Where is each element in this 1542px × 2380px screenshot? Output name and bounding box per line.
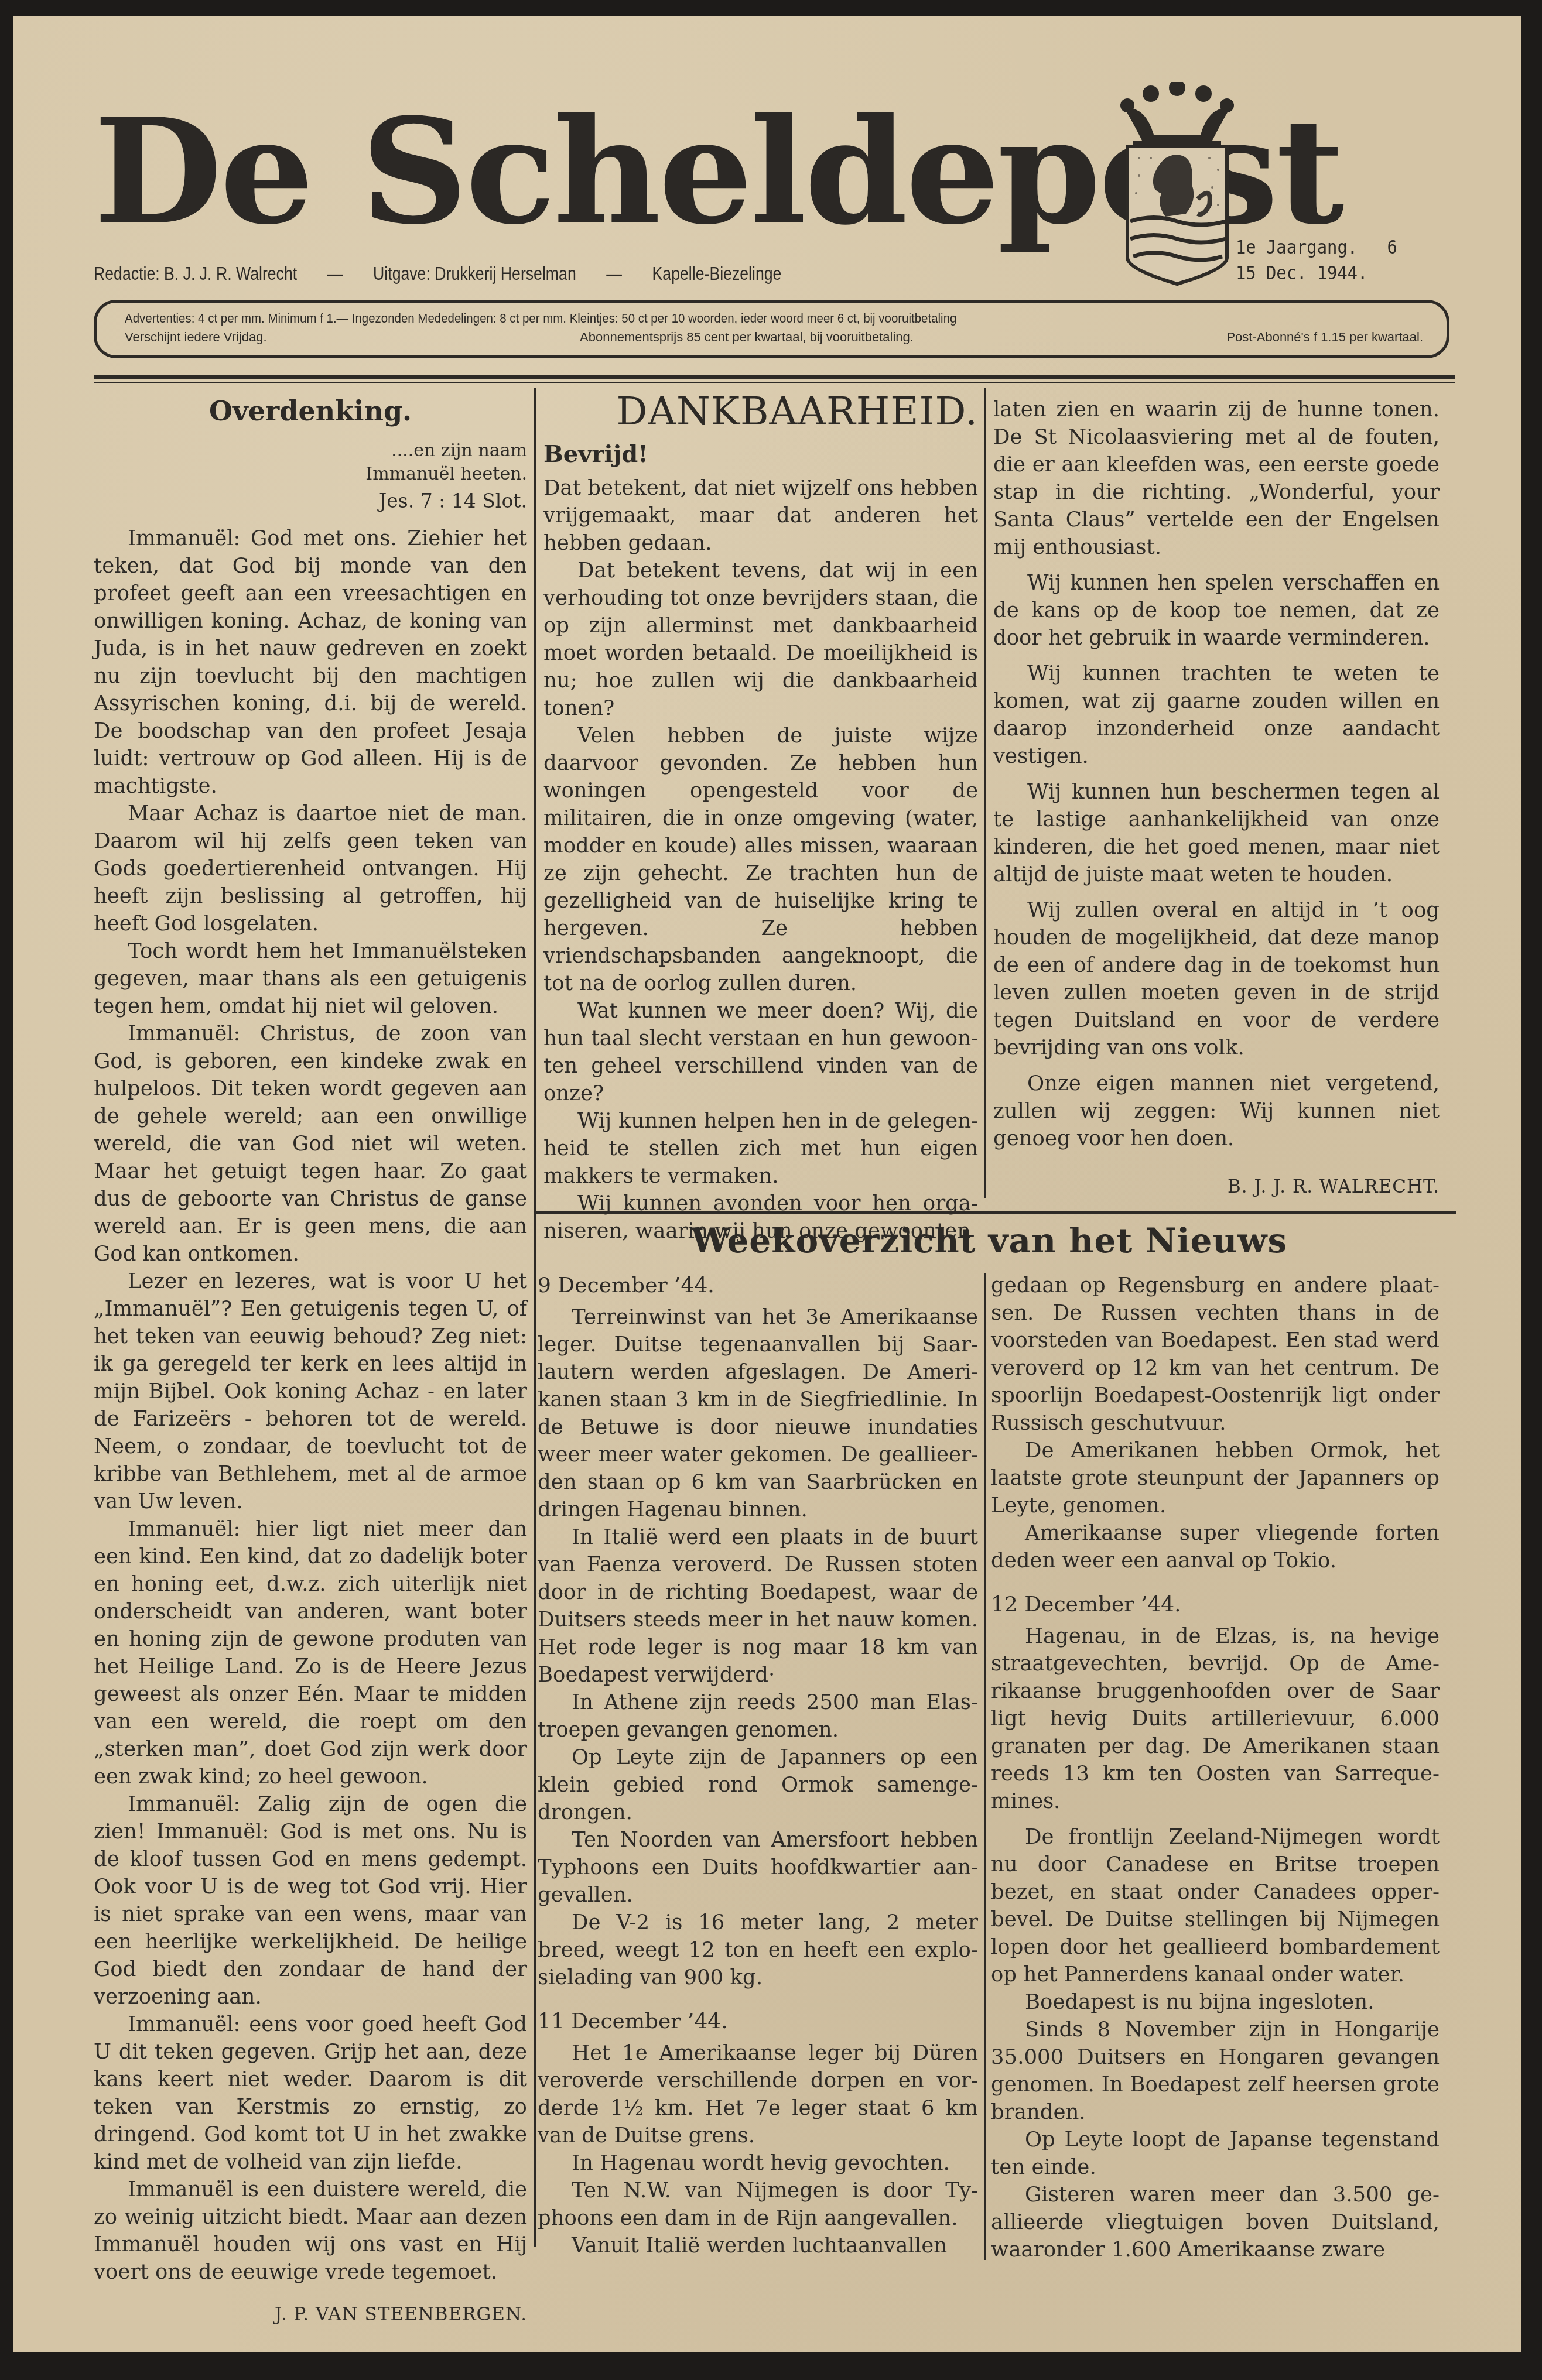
postal-subscription-price: Post-Abonné's f 1.15 per kwartaal. — [1226, 328, 1423, 346]
paragraph: Onze eigen mannen niet vergetend, zullen… — [993, 1070, 1440, 1152]
section-title: Weekoverzicht van het Nieuws — [691, 1221, 1287, 1261]
paragraph: Sinds 8 November zijn in Hongarije 35.00… — [991, 2016, 1440, 2126]
paragraph: De frontlijn Zeeland-Nijmegen wordt nu d… — [991, 1823, 1440, 1988]
paragraph: Wij kunnen trachten te weten te komen, w… — [993, 660, 1440, 770]
paragraph: Hagenau, in de Elzas, is, na hevige stra… — [991, 1622, 1440, 1815]
paragraph: Velen hebben de juiste wijze daarvoor ge… — [543, 722, 978, 997]
subscription-info-box: Advertenties: 4 ct per mm. Minimum f 1.—… — [94, 300, 1449, 358]
paragraph: De V-2 is 16 meter lang, 2 meter breed, … — [538, 1909, 978, 1991]
paragraph: Ten N.W. van Nijmegen is door Ty­phoons … — [538, 2177, 978, 2232]
paragraph: Immanuël: God met ons. Ziehier het teken… — [94, 525, 527, 800]
paragraph: Op Leyte zijn de Japanners op een klein … — [538, 1744, 978, 1826]
publication-frequency: Verschijnt iedere Vrijdag. — [125, 328, 267, 346]
paragraph: In Athene zijn reeds 2500 man Elas­troep… — [538, 1689, 978, 1744]
paragraph: De Amerikanen hebben Ormok, het laatste … — [991, 1437, 1440, 1519]
subscription-price: Abonnementsprijs 85 cent per kwartaal, b… — [580, 328, 914, 346]
plaats-text: Kapelle-Biezelinge — [652, 263, 782, 285]
scripture-reference: Jes. 7 : 14 Slot. — [94, 489, 527, 513]
header-divider — [94, 375, 1455, 379]
epigraph-line: Immanuël heeten. — [94, 463, 527, 486]
article-overdenking: Overdenking. ....en zijn naam Immanuël h… — [94, 393, 527, 2328]
separator: — — [606, 263, 622, 285]
paragraph: Immanuël: eens voor goed heeft God U dit… — [94, 2011, 527, 2176]
article-title: DANKBAARHEID. — [543, 390, 978, 433]
news-column-left: 9 December ’44. Terreinwinst van het 3e … — [538, 1269, 978, 2259]
paragraph: Wij kunnen hen spelen verschaffen en de … — [993, 569, 1440, 652]
advertising-rates: Advertenties: 4 ct per mm. Minimum f 1.—… — [125, 310, 1332, 327]
author-signature: B. J. J. R. WALRECHT. — [993, 1173, 1440, 1201]
zeeland-coat-of-arms-icon — [1110, 82, 1244, 287]
issue-date: 15 Dec. 1944. — [1236, 260, 1397, 286]
paragraph: Boedapest is nu bijna ingesloten. — [991, 1988, 1440, 2016]
article-subtitle: Bevrijd! — [543, 439, 978, 470]
paragraph: gedaan op Regensburg en andere plaat­sen… — [991, 1272, 1440, 1437]
column-divider — [984, 1273, 986, 2260]
paragraph: Immanuël is een duistere wereld, die zo … — [94, 2176, 527, 2286]
dateline: 9 December ’44. — [538, 1272, 978, 1300]
epigraph-line: ....en zijn naam — [94, 439, 527, 463]
paragraph: Het 1e Amerikaanse leger bij Düren verov… — [538, 2039, 978, 2149]
paragraph: Wij kunnen helpen hen in de gelegen­heid… — [543, 1107, 978, 1190]
masthead-byline: Redactie: B. J. J. R. Walrecht — Uitgave… — [94, 263, 781, 285]
paragraph: Ten Noorden van Amersfoort hebben Typhoo… — [538, 1826, 978, 1909]
article-dankbaarheid-continued: laten zien en waarin zij de hunne tonen.… — [993, 396, 1440, 1201]
article-title: Overdenking. — [94, 393, 527, 429]
paragraph: Immanuël: Christus, de zoon van God, is … — [94, 1020, 527, 1268]
issue-number: 6 — [1387, 234, 1397, 260]
paragraph: Wij kunnen hun beschermen tegen al te la… — [993, 778, 1440, 888]
paragraph: Maar Achaz is daartoe niet de man. Daaro… — [94, 800, 527, 937]
paragraph: Immanuël: hier ligt niet meer dan een ki… — [94, 1515, 527, 1790]
dateline: 11 December ’44. — [538, 2008, 978, 2036]
separator: — — [327, 263, 343, 285]
header-divider-thin — [94, 382, 1455, 383]
paragraph: laten zien en waarin zij de hunne tonen.… — [993, 396, 1440, 561]
issue-info: 1e Jaargang. 6 15 Dec. 1944. — [1236, 234, 1397, 286]
paragraph: Dat betekent tevens, dat wij in een verh… — [543, 557, 978, 722]
paragraph: Wij zullen overal en altijd in ’t oog ho… — [993, 896, 1440, 1061]
jaargang: 1e Jaargang. — [1236, 234, 1358, 260]
epigraph: ....en zijn naam Immanuël heeten. Jes. 7… — [94, 439, 527, 513]
article-dankbaarheid: DANKBAARHEID. Bevrijd! Dat betekent, dat… — [543, 393, 978, 1245]
author-signature: J. P. VAN STEENBERGEN. — [94, 2301, 527, 2328]
paragraph: In Italië werd een plaats in de buurt va… — [538, 1523, 978, 1689]
paragraph: Vanuit Italië werden luchtaanvallen — [538, 2232, 978, 2259]
redactie-text: Redactie: B. J. J. R. Walrecht — [94, 263, 297, 285]
paragraph: Wat kunnen we meer doen? Wij, die hun ta… — [543, 997, 978, 1107]
paragraph: Toch wordt hem het Immanuëlsteken gegeve… — [94, 937, 527, 1020]
paragraph: Terreinwinst van het 3e Amerikaanse lege… — [538, 1303, 978, 1523]
paragraph: Op Leyte loopt de Japanse tegen­stand te… — [991, 2126, 1440, 2181]
paragraph: Amerikaanse super vliegende forten deden… — [991, 1519, 1440, 1574]
paragraph: Gisteren waren meer dan 3.500 ge­allieer… — [991, 2181, 1440, 2263]
paragraph: In Hagenau wordt hevig gevochten. — [538, 2149, 978, 2177]
column-divider — [984, 388, 986, 1198]
paragraph: Immanuël: Zalig zijn de ogen die zien! I… — [94, 1790, 527, 2011]
paragraph: Dat betekent, dat niet wijzelf ons heb­b… — [543, 474, 978, 557]
column-divider — [534, 388, 536, 2247]
news-column-right: gedaan op Regensburg en andere plaat­sen… — [991, 1272, 1440, 2263]
paragraph: Lezer en lezeres, wat is voor U het „Imm… — [94, 1268, 527, 1515]
uitgave-text: Uitgave: Drukkerij Herselman — [373, 263, 576, 285]
dateline: 12 December ’44. — [991, 1591, 1440, 1619]
